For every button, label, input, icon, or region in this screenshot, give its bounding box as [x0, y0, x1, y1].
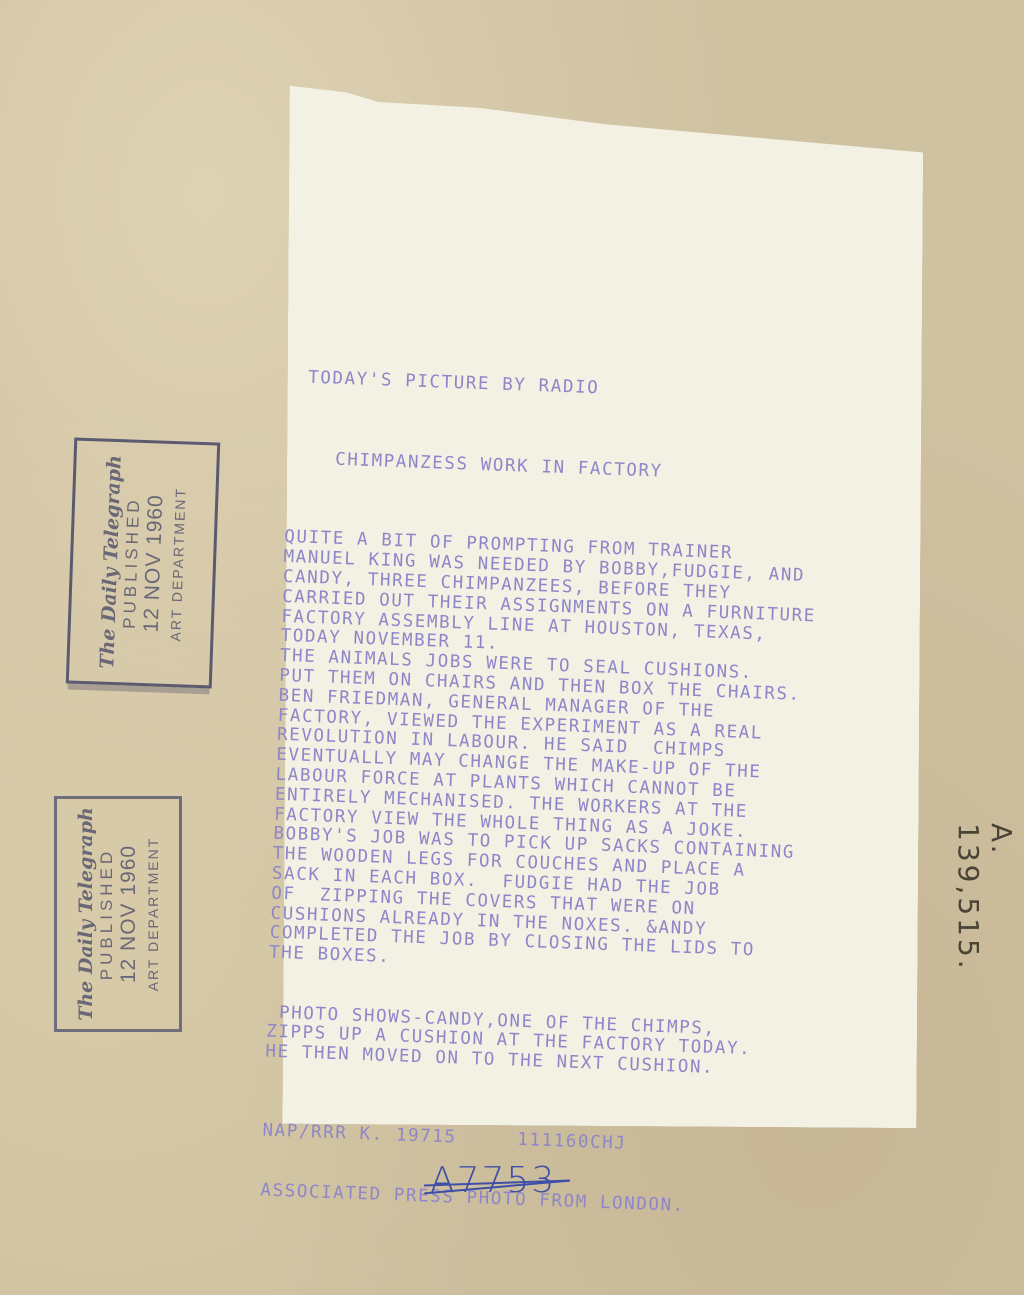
caption-body: QUITE A BIT OF PROMPTING FROM TRAINERMAN…: [269, 528, 905, 986]
caption-header-line: TODAY'S PICTURE BY RADIO: [308, 368, 910, 410]
caption-text: TODAY'S PICTURE BY RADIO CHIMPANZESS WOR…: [259, 328, 911, 1244]
stamp-department: ART DEPARTMENT: [145, 837, 161, 992]
caption-photo-description: PHOTO SHOWS-CANDY,ONE OF THE CHIMPS,ZIPP…: [265, 1003, 887, 1085]
stamp-newspaper-name: The Daily Telegraph: [75, 807, 97, 1021]
caption-credit-line: ASSOCIATED PRESS PHOTO FROM LONDON.: [260, 1181, 880, 1224]
stamp-date: 12 NOV 1960: [117, 845, 141, 983]
stamp-date: 12 NOV 1960: [140, 494, 169, 633]
caption-headline: CHIMPANZESS WORK IN FACTORY: [335, 451, 907, 492]
published-stamp-2: The Daily Telegraph PUBLISHED 12 NOV 196…: [54, 796, 182, 1032]
caption-reference-line: NAP/RRR K. 19715 111160CHJ: [262, 1122, 882, 1165]
handwritten-reference: A. 139,515.: [952, 823, 1018, 1003]
stamp-status: PUBLISHED: [97, 848, 117, 980]
stamp-department: ART DEPARTMENT: [167, 487, 188, 642]
published-stamp-1: The Daily Telegraph PUBLISHED 12 NOV 196…: [66, 438, 220, 689]
crossed-out-number: A7753: [430, 1160, 556, 1201]
